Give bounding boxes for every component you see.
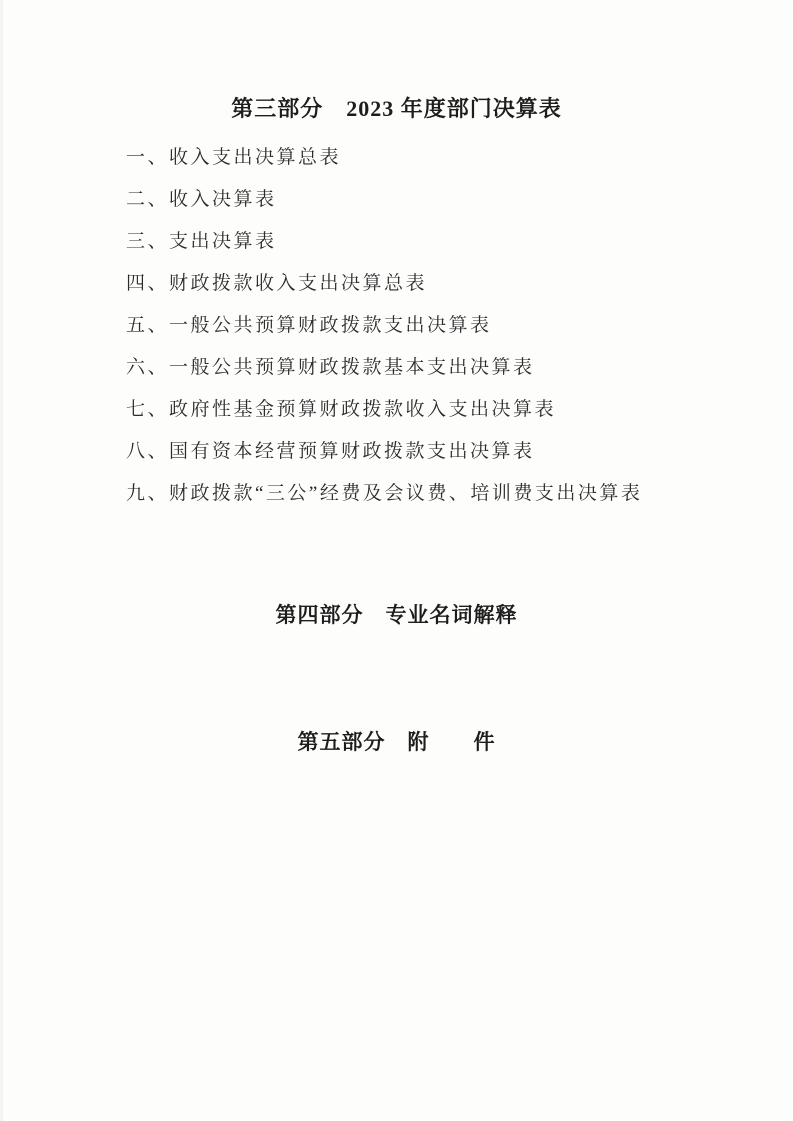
toc-item-9: 九、财政拨款“三公”经费及会议费、培训费支出决算表 bbox=[126, 473, 733, 515]
toc-item-6: 六、一般公共预算财政拨款基本支出决算表 bbox=[126, 347, 733, 389]
document-page: 第三部分 2023 年度部门决算表 一、收入支出决算总表 二、收入决算表 三、支… bbox=[0, 0, 793, 1121]
toc-item-8: 八、国有资本经营预算财政拨款支出决算表 bbox=[126, 431, 733, 473]
toc-item-5: 五、一般公共预算财政拨款支出决算表 bbox=[126, 305, 733, 347]
toc-list: 一、收入支出决算总表 二、收入决算表 三、支出决算表 四、财政拨款收入支出决算总… bbox=[126, 137, 733, 515]
section-five-heading: 第五部分 附 件 bbox=[0, 727, 793, 757]
toc-item-2: 二、收入决算表 bbox=[126, 179, 733, 221]
scan-edge-artifact bbox=[0, 0, 3, 1121]
section-three-heading: 第三部分 2023 年度部门决算表 bbox=[0, 92, 793, 126]
section-four-heading: 第四部分 专业名词解释 bbox=[0, 600, 793, 630]
toc-item-1: 一、收入支出决算总表 bbox=[126, 137, 733, 179]
toc-item-4: 四、财政拨款收入支出决算总表 bbox=[126, 263, 733, 305]
toc-item-3: 三、支出决算表 bbox=[126, 221, 733, 263]
toc-item-7: 七、政府性基金预算财政拨款收入支出决算表 bbox=[126, 389, 733, 431]
